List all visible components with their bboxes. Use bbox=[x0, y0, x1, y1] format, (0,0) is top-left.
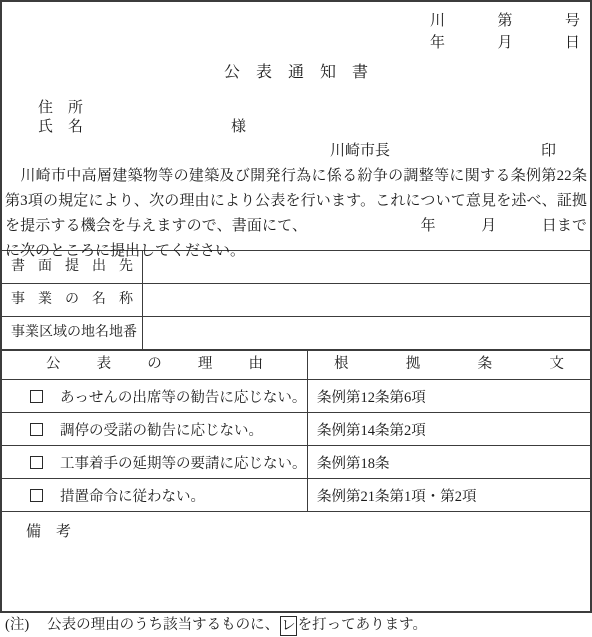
table-row-project-area-address: 事業区域の地名地番 bbox=[2, 316, 590, 349]
basis-cell: 条例第18条 bbox=[308, 446, 590, 478]
doc-number-char: 第 bbox=[497, 10, 512, 32]
remarks-section[interactable]: 備 考 bbox=[2, 511, 590, 611]
doc-date-char: 日 bbox=[565, 32, 580, 54]
row-value-field[interactable] bbox=[143, 284, 590, 316]
footnote-text-after: を打ってあります。 bbox=[298, 615, 427, 636]
reason-cell: あっせんの出席等の勧告に応じない。 bbox=[2, 380, 308, 412]
notice-document: 川 第 号 年 月 日 公 表 通 知 書 住 所 氏 名 様 川崎市長 印 川… bbox=[0, 0, 592, 613]
body-paragraph: 川崎市中高層建築物等の建築及び開発行為に係る紛争の調整等に関する条例第22条第3… bbox=[5, 164, 587, 264]
basis-text: 条例第12条第6項 bbox=[317, 386, 426, 407]
basis-text: 条例第21条第1項・第2項 bbox=[317, 485, 477, 506]
mayor-label: 川崎市長 bbox=[330, 143, 390, 159]
checkbox-icon[interactable] bbox=[30, 423, 43, 436]
row-label: 事業区域の地名地番 bbox=[2, 317, 143, 349]
footnote-text-before: 公表の理由のうち該当するものに、 bbox=[47, 615, 279, 636]
document-header-section: 川 第 号 年 月 日 公 表 通 知 書 住 所 氏 名 様 川崎市長 印 川… bbox=[2, 2, 590, 250]
doc-date-char: 年 bbox=[430, 32, 445, 54]
remarks-label: 備 考 bbox=[26, 524, 71, 540]
checkbox-icon[interactable] bbox=[30, 390, 43, 403]
address-label: 住 所 bbox=[38, 99, 246, 118]
addressee-block: 住 所 氏 名 様 bbox=[38, 99, 246, 136]
reason-text: 措置命令に従わない。 bbox=[60, 485, 205, 506]
footnote: (注) 公表の理由のうち該当するものに、 レ を打ってあります。 bbox=[0, 615, 592, 636]
table-row-reason-4: 措置命令に従わない。 条例第21条第1項・第2項 bbox=[2, 478, 590, 511]
reason-cell: 調停の受諾の勧告に応じない。 bbox=[2, 413, 308, 445]
doc-date-line: 年 月 日 bbox=[430, 32, 580, 54]
doc-date-char: 月 bbox=[497, 32, 512, 54]
column-header-reason: 公表の理由 bbox=[2, 351, 308, 379]
row-value-field[interactable] bbox=[143, 317, 590, 349]
checkmark-box-icon: レ bbox=[280, 616, 297, 636]
checkbox-icon[interactable] bbox=[30, 489, 43, 502]
footnote-prefix: (注) bbox=[5, 615, 29, 636]
reason-table-header: 公表の理由 根拠条文 bbox=[2, 349, 590, 379]
doc-number-block: 川 第 号 年 月 日 bbox=[430, 10, 580, 54]
table-row-project-name: 事業の名称 bbox=[2, 283, 590, 316]
doc-number-char: 号 bbox=[565, 10, 580, 32]
table-row-reason-2: 調停の受諾の勧告に応じない。 条例第14条第2項 bbox=[2, 412, 590, 445]
reason-text: 調停の受諾の勧告に応じない。 bbox=[60, 419, 263, 440]
basis-cell: 条例第21条第1項・第2項 bbox=[308, 479, 590, 511]
honorific-label: 様 bbox=[231, 118, 246, 137]
reason-text: あっせんの出席等の勧告に応じない。 bbox=[60, 386, 306, 407]
basis-cell: 条例第12条第6項 bbox=[308, 380, 590, 412]
basis-cell: 条例第14条第2項 bbox=[308, 413, 590, 445]
table-row-reason-1: あっせんの出席等の勧告に応じない。 条例第12条第6項 bbox=[2, 379, 590, 412]
sender-line: 川崎市長 印 bbox=[2, 139, 590, 160]
row-label: 事業の名称 bbox=[2, 284, 143, 316]
doc-number-line: 川 第 号 bbox=[430, 10, 580, 32]
reason-cell: 措置命令に従わない。 bbox=[2, 479, 308, 511]
name-line: 氏 名 様 bbox=[38, 118, 246, 137]
checkbox-icon[interactable] bbox=[30, 456, 43, 469]
basis-text: 条例第18条 bbox=[317, 452, 390, 473]
table-row-reason-3: 工事着手の延期等の要請に応じない。 条例第18条 bbox=[2, 445, 590, 478]
name-label: 氏 名 bbox=[38, 118, 83, 137]
page-title: 公 表 通 知 書 bbox=[2, 59, 590, 82]
basis-text: 条例第14条第2項 bbox=[317, 419, 426, 440]
reason-cell: 工事着手の延期等の要請に応じない。 bbox=[2, 446, 308, 478]
doc-number-char: 川 bbox=[430, 10, 445, 32]
seal-mark: 印 bbox=[541, 139, 556, 160]
reason-text: 工事着手の延期等の要請に応じない。 bbox=[60, 452, 307, 473]
column-header-basis: 根拠条文 bbox=[308, 351, 590, 379]
